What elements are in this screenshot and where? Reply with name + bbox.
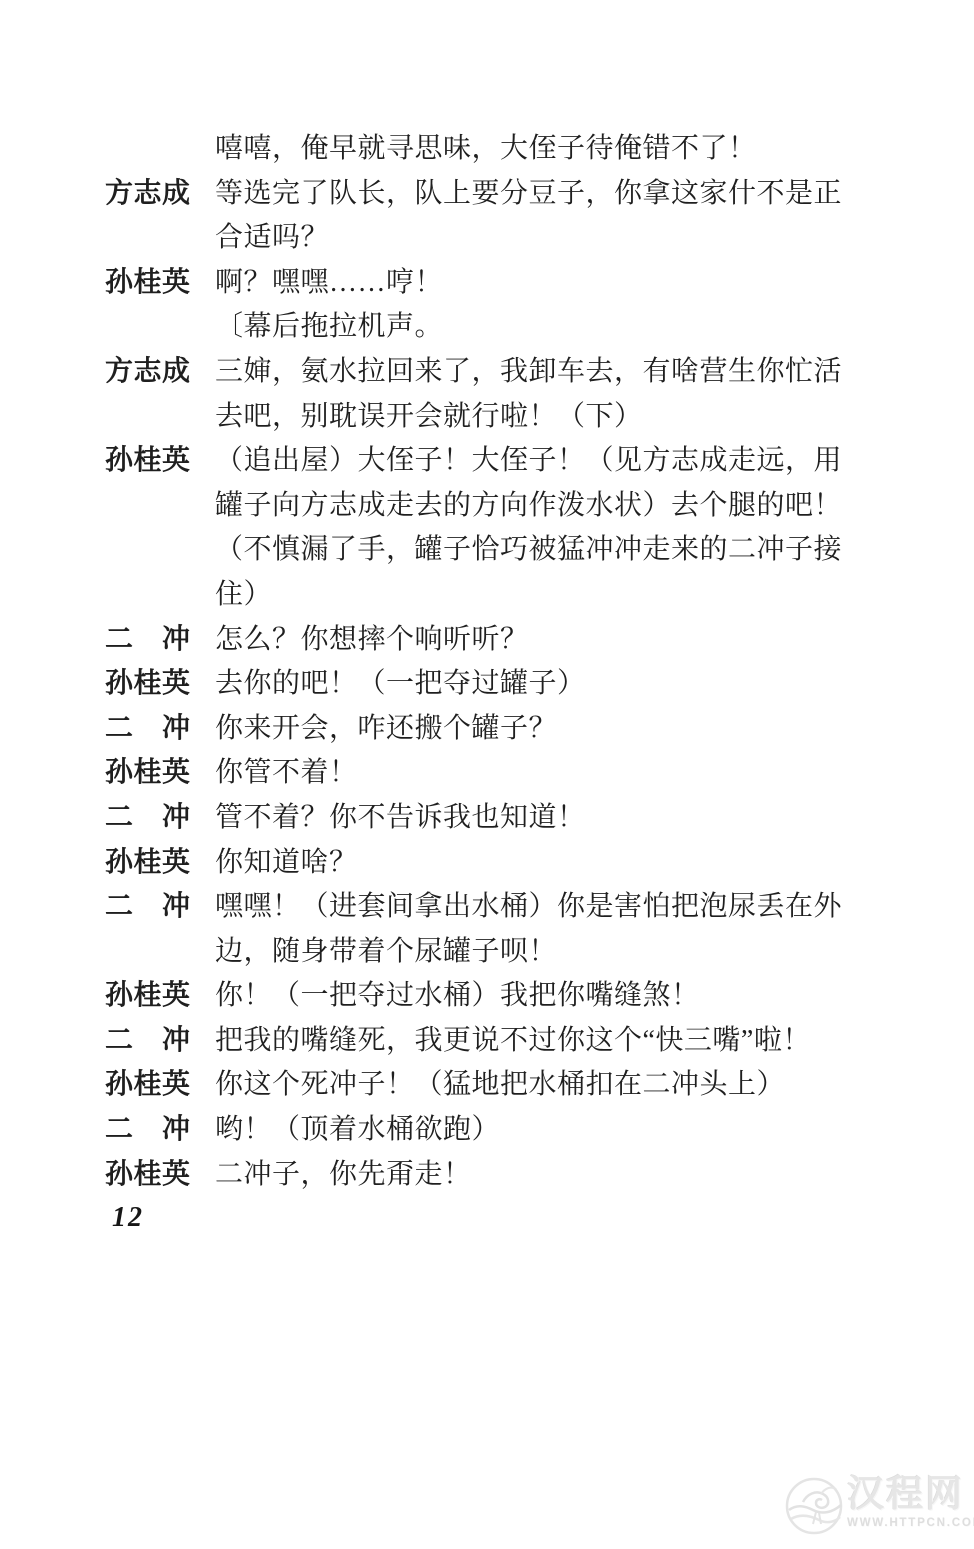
- dialogue-entry: 孙桂英你知道啥？: [105, 841, 895, 886]
- speaker-name: 方志成: [105, 350, 190, 395]
- text-line: （追出屋）大侄子！大侄子！（见方志成走远，用: [215, 439, 895, 484]
- dialogue-entry: 孙桂英啊？嘿嘿……哼！: [105, 261, 895, 306]
- dialogue-text: 哟！（顶着水桶欲跑）: [215, 1108, 895, 1153]
- dialogue-entry: 二 冲哟！（顶着水桶欲跑）: [105, 1108, 895, 1153]
- text-line: 把我的嘴缝死，我更说不过你这个“快三嘴”啦！: [215, 1019, 895, 1064]
- dialogue-entry: 二 冲你来开会，咋还搬个罐子？: [105, 707, 895, 752]
- watermark: 汉程网 WWW.HTTPCN.COM: [783, 1466, 974, 1549]
- dialogue-text: 把我的嘴缝死，我更说不过你这个“快三嘴”啦！: [215, 1019, 895, 1064]
- dialogue-entry: 方志成三婶，氨水拉回来了，我卸车去，有啥营生你忙活去吧，别耽误开会就行啦！（下）: [105, 350, 895, 439]
- speaker-name: 二 冲: [105, 618, 190, 663]
- speaker-name: 孙桂英: [105, 1153, 190, 1198]
- text-line: 罐子向方志成走去的方向作泼水状）去个腿的吧！: [215, 484, 895, 529]
- text-line: （不慎漏了手，罐子恰巧被猛冲冲走来的二冲子接: [215, 528, 895, 573]
- dialogue-text: 啊？嘿嘿……哼！: [215, 261, 895, 306]
- dialogue-entry: 孙桂英去你的吧！（一把夺过罐子）: [105, 662, 895, 707]
- dialogue-entry: 二 冲把我的嘴缝死，我更说不过你这个“快三嘴”啦！: [105, 1019, 895, 1064]
- script-text-block: 嘻嘻，俺早就寻思味，大侄子待俺错不了！方志成等选完了队长，队上要分豆子，你拿这家…: [105, 127, 895, 1197]
- text-line: 啊？嘿嘿……哼！: [215, 261, 895, 306]
- dialogue-entry: 孙桂英你这个死冲子！（猛地把水桶扣在二冲头上）: [105, 1063, 895, 1108]
- dialogue-text: 怎么？你想摔个响听听？: [215, 618, 895, 663]
- dialogue-text: 等选完了队长，队上要分豆子，你拿这家什不是正合适吗？: [215, 172, 895, 261]
- dialogue-entry: 二 冲怎么？你想摔个响听听？: [105, 618, 895, 663]
- text-line: 等选完了队长，队上要分豆子，你拿这家什不是正: [215, 172, 895, 217]
- text-line: 管不着？你不告诉我也知道！: [215, 796, 895, 841]
- watermark-site-name: 汉程网: [847, 1476, 974, 1514]
- dialogue-text: 二冲子，你先甭走！: [215, 1153, 895, 1198]
- dialogue-text: 嘻嘻，俺早就寻思味，大侄子待俺错不了！: [215, 127, 895, 172]
- speaker-name: 孙桂英: [105, 662, 190, 707]
- speaker-name: 孙桂英: [105, 439, 190, 484]
- text-line: 嘿嘿！（进套间拿出水桶）你是害怕把泡尿丢在外: [215, 885, 895, 930]
- speaker-name: 孙桂英: [105, 261, 190, 306]
- text-line: 你管不着！: [215, 751, 895, 796]
- speaker-name: 二 冲: [105, 1108, 190, 1153]
- text-line: 去你的吧！（一把夺过罐子）: [215, 662, 895, 707]
- dialogue-text: （追出屋）大侄子！大侄子！（见方志成走远，用罐子向方志成走去的方向作泼水状）去个…: [215, 439, 895, 617]
- hancheng-phoenix-logo-icon: [783, 1472, 845, 1545]
- speaker-name: 二 冲: [105, 707, 190, 752]
- speaker-name: 二 冲: [105, 1019, 190, 1064]
- speaker-name: 方志成: [105, 172, 190, 217]
- speaker-name: 孙桂英: [105, 1063, 190, 1108]
- scanned-play-script-page: 嘻嘻，俺早就寻思味，大侄子待俺错不了！方志成等选完了队长，队上要分豆子，你拿这家…: [0, 0, 974, 1549]
- dialogue-text: 你这个死冲子！（猛地把水桶扣在二冲头上）: [215, 1063, 895, 1108]
- speaker-name: 孙桂英: [105, 974, 190, 1019]
- text-line: 哟！（顶着水桶欲跑）: [215, 1108, 895, 1153]
- dialogue-text: 你来开会，咋还搬个罐子？: [215, 707, 895, 752]
- text-line: 合适吗？: [215, 216, 895, 261]
- dialogue-entry: 孙桂英你！（一把夺过水桶）我把你嘴缝煞！: [105, 974, 895, 1019]
- dialogue-entry: 二 冲嘿嘿！（进套间拿出水桶）你是害怕把泡尿丢在外边，随身带着个尿罐子呗！: [105, 885, 895, 974]
- continuation-line: 嘻嘻，俺早就寻思味，大侄子待俺错不了！: [105, 127, 895, 172]
- dialogue-text: 你知道啥？: [215, 841, 895, 886]
- dialogue-entry: 方志成等选完了队长，队上要分豆子，你拿这家什不是正合适吗？: [105, 172, 895, 261]
- text-line: 你来开会，咋还搬个罐子？: [215, 707, 895, 752]
- text-line: 嘻嘻，俺早就寻思味，大侄子待俺错不了！: [215, 127, 895, 172]
- text-line: 你这个死冲子！（猛地把水桶扣在二冲头上）: [215, 1063, 895, 1108]
- dialogue-text: 你！（一把夺过水桶）我把你嘴缝煞！: [215, 974, 895, 1019]
- dialogue-text: 〔幕后拖拉机声。: [215, 305, 895, 350]
- dialogue-entry: 孙桂英你管不着！: [105, 751, 895, 796]
- text-line: 你！（一把夺过水桶）我把你嘴缝煞！: [215, 974, 895, 1019]
- dialogue-text: 你管不着！: [215, 751, 895, 796]
- speaker-name: 孙桂英: [105, 751, 190, 796]
- text-line: 二冲子，你先甭走！: [215, 1153, 895, 1198]
- text-line: 你知道啥？: [215, 841, 895, 886]
- text-line: 怎么？你想摔个响听听？: [215, 618, 895, 663]
- speaker-name: 孙桂英: [105, 841, 190, 886]
- stage-direction: 〔幕后拖拉机声。: [105, 305, 895, 350]
- text-line: 边，随身带着个尿罐子呗！: [215, 930, 895, 975]
- dialogue-text: 管不着？你不告诉我也知道！: [215, 796, 895, 841]
- watermark-site-url: WWW.HTTPCN.COM: [847, 1517, 974, 1529]
- dialogue-entry: 孙桂英二冲子，你先甭走！: [105, 1153, 895, 1198]
- text-line: 〔幕后拖拉机声。: [215, 305, 895, 350]
- dialogue-entry: 孙桂英（追出屋）大侄子！大侄子！（见方志成走远，用罐子向方志成走去的方向作泼水状…: [105, 439, 895, 617]
- watermark-text-block: 汉程网 WWW.HTTPCN.COM: [847, 1476, 974, 1529]
- dialogue-text: 三婶，氨水拉回来了，我卸车去，有啥营生你忙活去吧，别耽误开会就行啦！（下）: [215, 350, 895, 439]
- text-line: 去吧，别耽误开会就行啦！（下）: [215, 395, 895, 440]
- dialogue-text: 嘿嘿！（进套间拿出水桶）你是害怕把泡尿丢在外边，随身带着个尿罐子呗！: [215, 885, 895, 974]
- page-number: 12: [112, 1202, 144, 1234]
- speaker-name: 二 冲: [105, 796, 190, 841]
- dialogue-entry: 二 冲管不着？你不告诉我也知道！: [105, 796, 895, 841]
- text-line: 住）: [215, 573, 895, 618]
- speaker-name: 二 冲: [105, 885, 190, 930]
- text-line: 三婶，氨水拉回来了，我卸车去，有啥营生你忙活: [215, 350, 895, 395]
- dialogue-text: 去你的吧！（一把夺过罐子）: [215, 662, 895, 707]
